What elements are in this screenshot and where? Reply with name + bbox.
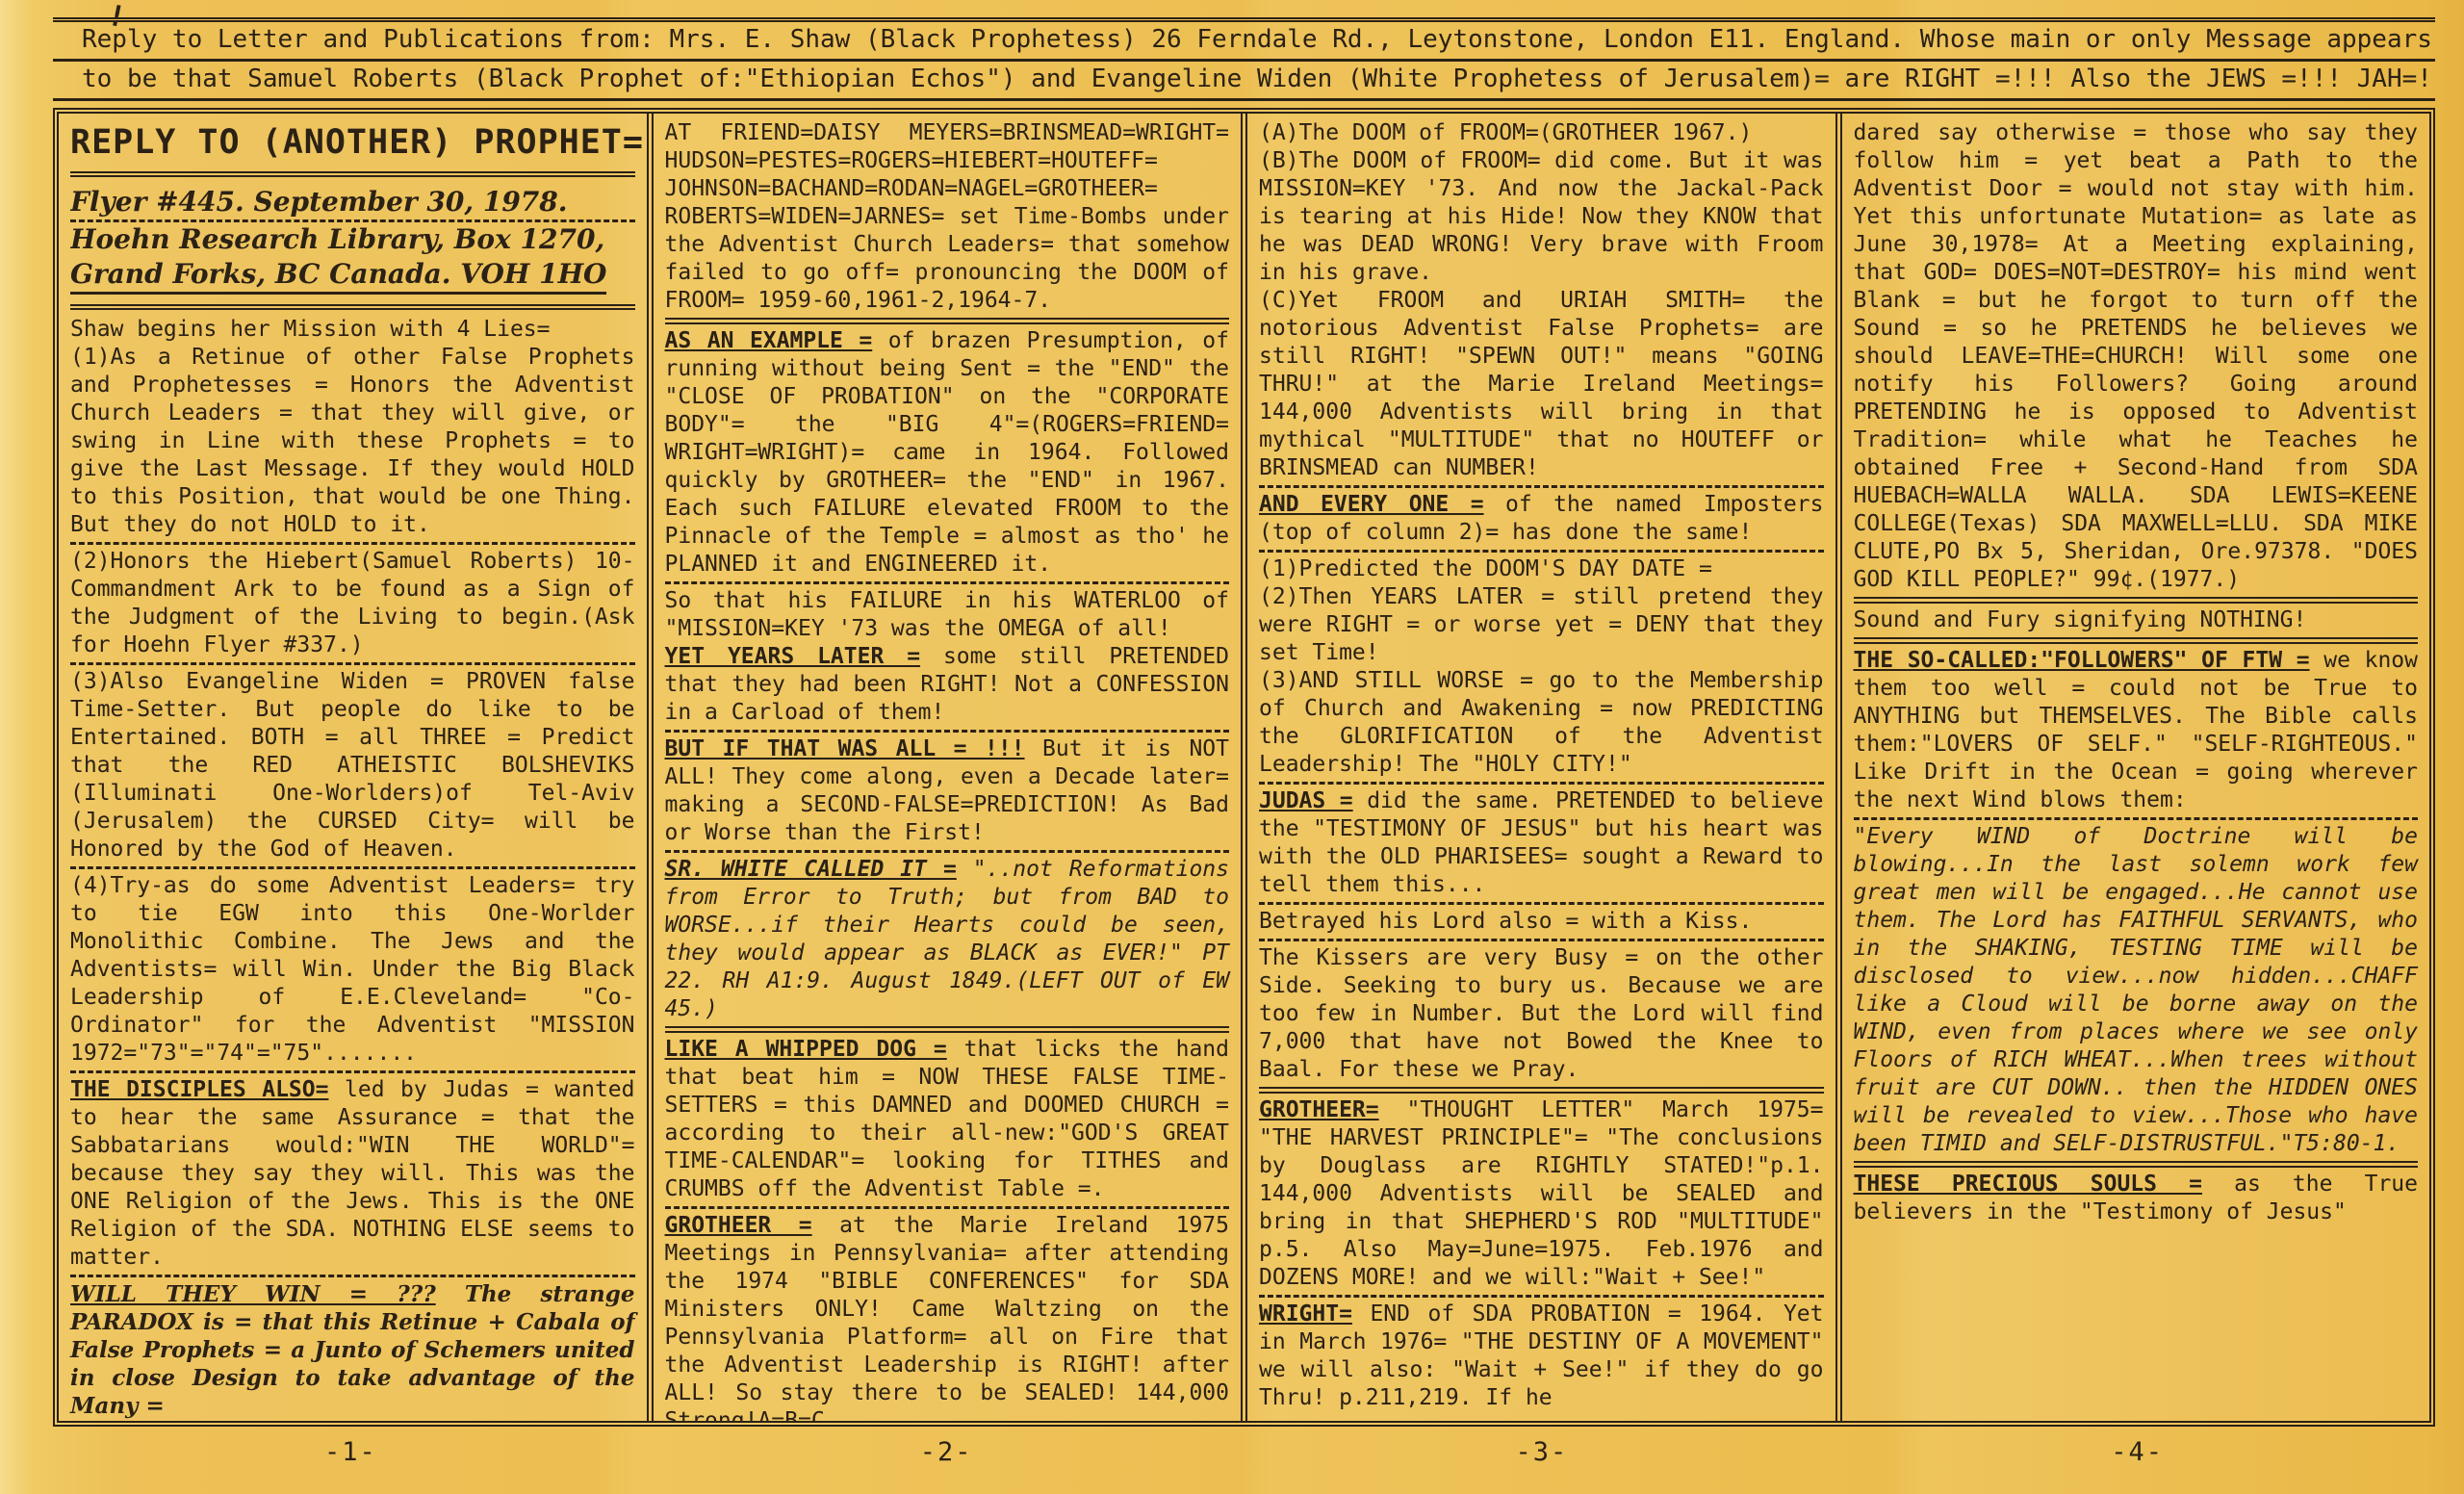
- paragraph-text: Shaw begins her Mission with 4 Lies=: [70, 317, 551, 342]
- paragraph-text: (2)Honors the Hiebert(Samuel Roberts) 10…: [70, 549, 635, 657]
- paragraph: (1)As a Retinue of other False Prophets …: [70, 344, 635, 545]
- page-number-3: -3-: [1245, 1437, 1840, 1467]
- page-number-2: -2-: [649, 1437, 1245, 1467]
- paragraph-text: (3)AND STILL WORSE = go to the Membershi…: [1259, 668, 1824, 777]
- scanned-flyer-sheet: ! Reply to Letter and Publications from:…: [0, 0, 2464, 1494]
- column-1-body: Shaw begins her Mission with 4 Lies=(1)A…: [70, 316, 635, 1420]
- paragraph: (3)AND STILL WORSE = go to the Membershi…: [1259, 667, 1824, 785]
- paragraph: So that his FAILURE in his WATERLOO of "…: [665, 587, 1230, 643]
- masthead-line-2: to be that Samuel Roberts (Black Prophet…: [53, 62, 2435, 101]
- paragraph-text: So that his FAILURE in his WATERLOO of "…: [665, 588, 1230, 641]
- paragraph: (2)Honors the Hiebert(Samuel Roberts) 10…: [70, 548, 635, 665]
- paragraph: WILL THEY WIN = ??? The strange PARADOX …: [70, 1280, 635, 1420]
- paragraph: GROTHEER = at the Marie Ireland 1975 Mee…: [665, 1212, 1230, 1421]
- paragraph: YET YEARS LATER = some still PRETENDED t…: [665, 643, 1230, 733]
- paragraph-text: at the Marie Ireland 1975 Meetings in Pe…: [665, 1213, 1230, 1421]
- paragraph: SR. WHITE CALLED IT = "..not Reformation…: [665, 856, 1230, 1033]
- paragraph-lead: WILL THEY WIN = ???: [70, 1281, 436, 1307]
- paragraph-text: "Every WIND of Doctrine will be blowing.…: [1854, 824, 2419, 1156]
- page-number-row: -1- -2- -3- -4-: [53, 1437, 2435, 1467]
- paragraph: Shaw begins her Mission with 4 Lies=: [70, 316, 635, 344]
- paragraph-lead: LIKE A WHIPPED DOG =: [665, 1037, 947, 1062]
- paragraph-lead: THESE PRECIOUS SOULS =: [1854, 1172, 2202, 1197]
- paragraph-text: Betrayed his Lord also = with a Kiss.: [1259, 909, 1752, 934]
- paragraph: "Every WIND of Doctrine will be blowing.…: [1854, 823, 2419, 1168]
- paragraph-lead: BUT IF THAT WAS ALL = !!!: [665, 736, 1025, 761]
- paragraph: AT FRIEND=DAISY MEYERS=BRINSMEAD=WRIGHT=…: [665, 119, 1230, 324]
- paragraph-text: dared say otherwise = those who say they…: [1854, 120, 2419, 592]
- paragraph: BUT IF THAT WAS ALL = !!! But it is NOT …: [665, 735, 1230, 853]
- paragraph: Sound and Fury signifying NOTHING!: [1854, 606, 2419, 644]
- paragraph: (C)Yet FROOM and URIAH SMITH= the notori…: [1259, 287, 1824, 488]
- column-3-body: (A)The DOOM of FROOM=(GROTHEER 1967.)(B)…: [1259, 119, 1824, 1412]
- page-number-4: -4-: [1839, 1437, 2435, 1467]
- column-4: dared say otherwise = those who say they…: [1835, 114, 2430, 1421]
- flyer-title: REPLY TO (ANOTHER) PROPHET=: [70, 119, 635, 177]
- paragraph: (4)Try-as do some Adventist Leaders= try…: [70, 872, 635, 1073]
- paragraph-lead: THE SO-CALLED:"FOLLOWERS" OF FTW =: [1854, 648, 2310, 673]
- publisher-address-line-1: Hoehn Research Library, Box 1270,: [70, 222, 635, 257]
- paragraph-lead: SR. WHITE CALLED IT =: [665, 857, 957, 882]
- flyer-number-date: Flyer #445. September 30, 1978.: [70, 185, 635, 222]
- paragraph: THE DISCIPLES ALSO= led by Judas = wante…: [70, 1076, 635, 1277]
- paragraph-lead: GROTHEER=: [1259, 1097, 1379, 1122]
- paragraph-text: "THOUGHT LETTER" March 1975= "THE HARVES…: [1259, 1097, 1824, 1290]
- paragraph: AND EVERY ONE = of the named Imposters (…: [1259, 491, 1824, 553]
- paragraph-lead: AND EVERY ONE =: [1259, 492, 1484, 517]
- paragraph-text: The Kissers are very Busy = on the other…: [1259, 945, 1824, 1082]
- paragraph-text: of brazen Presumption, of running withou…: [665, 328, 1230, 577]
- paragraph: (3)Also Evangeline Widen = PROVEN false …: [70, 668, 635, 869]
- paragraph: (2)Then YEARS LATER = still pretend they…: [1259, 583, 1824, 667]
- paragraph: LIKE A WHIPPED DOG = that licks the hand…: [665, 1036, 1230, 1209]
- paragraph: (A)The DOOM of FROOM=(GROTHEER 1967.): [1259, 119, 1824, 147]
- paragraph-text: AT FRIEND=DAISY MEYERS=BRINSMEAD=WRIGHT=…: [665, 120, 1230, 313]
- paragraph-text: (4)Try-as do some Adventist Leaders= try…: [70, 873, 635, 1066]
- column-2: AT FRIEND=DAISY MEYERS=BRINSMEAD=WRIGHT=…: [647, 114, 1242, 1421]
- paragraph-lead: THE DISCIPLES ALSO=: [70, 1077, 328, 1102]
- column-1-header: REPLY TO (ANOTHER) PROPHET= Flyer #445. …: [70, 119, 635, 310]
- paragraph: JUDAS = did the same. PRETENDED to belie…: [1259, 787, 1824, 905]
- paragraph: Betrayed his Lord also = with a Kiss.: [1259, 908, 1824, 941]
- paragraph: dared say otherwise = those who say they…: [1854, 119, 2419, 604]
- paragraph-text: (1)Predicted the DOOM'S DAY DATE =: [1259, 556, 1712, 581]
- column-4-body: dared say otherwise = those who say they…: [1854, 119, 2419, 1226]
- paragraph-text: (2)Then YEARS LATER = still pretend they…: [1259, 584, 1824, 665]
- columns-container: REPLY TO (ANOTHER) PROPHET= Flyer #445. …: [53, 108, 2435, 1427]
- paragraph: THE SO-CALLED:"FOLLOWERS" OF FTW = we kn…: [1854, 647, 2419, 820]
- paragraph-lead: AS AN EXAMPLE =: [665, 328, 873, 353]
- paragraph-text: led by Judas = wanted to hear the same A…: [70, 1077, 635, 1270]
- paragraph-text: (C)Yet FROOM and URIAH SMITH= the notori…: [1259, 288, 1824, 480]
- column-2-body: AT FRIEND=DAISY MEYERS=BRINSMEAD=WRIGHT=…: [665, 119, 1230, 1421]
- paragraph-text: (A)The DOOM of FROOM=(GROTHEER 1967.): [1259, 120, 1752, 145]
- paragraph: THESE PRECIOUS SOULS = as the True belie…: [1854, 1171, 2419, 1226]
- paragraph: The Kissers are very Busy = on the other…: [1259, 944, 1824, 1094]
- paragraph: (1)Predicted the DOOM'S DAY DATE =: [1259, 555, 1824, 583]
- publisher-address-line-2: Grand Forks, BC Canada. VOH 1HO: [70, 257, 606, 295]
- paragraph-text: (B)The DOOM of FROOM= did come. But it w…: [1259, 148, 1824, 285]
- paragraph: (B)The DOOM of FROOM= did come. But it w…: [1259, 147, 1824, 287]
- paragraph-text: (3)Also Evangeline Widen = PROVEN false …: [70, 669, 635, 862]
- paragraph-lead: GROTHEER =: [665, 1213, 812, 1238]
- paragraph-text: (1)As a Retinue of other False Prophets …: [70, 345, 635, 537]
- masthead: Reply to Letter and Publications from: M…: [53, 17, 2435, 101]
- paragraph-text: Sound and Fury signifying NOTHING!: [1854, 607, 2307, 632]
- paragraph-lead: YET YEARS LATER =: [665, 644, 921, 669]
- paragraph-lead: WRIGHT=: [1259, 1301, 1352, 1327]
- column-1: REPLY TO (ANOTHER) PROPHET= Flyer #445. …: [59, 114, 647, 1421]
- paragraph: AS AN EXAMPLE = of brazen Presumption, o…: [665, 327, 1230, 584]
- paragraph-lead: JUDAS =: [1259, 788, 1353, 813]
- column-3: (A)The DOOM of FROOM=(GROTHEER 1967.)(B)…: [1241, 114, 1835, 1421]
- page-number-1: -1-: [53, 1437, 649, 1467]
- paragraph: WRIGHT= END of SDA PROBATION = 1964. Yet…: [1259, 1301, 1824, 1412]
- paragraph: GROTHEER= "THOUGHT LETTER" March 1975= "…: [1259, 1096, 1824, 1298]
- masthead-line-1: Reply to Letter and Publications from: M…: [53, 17, 2435, 62]
